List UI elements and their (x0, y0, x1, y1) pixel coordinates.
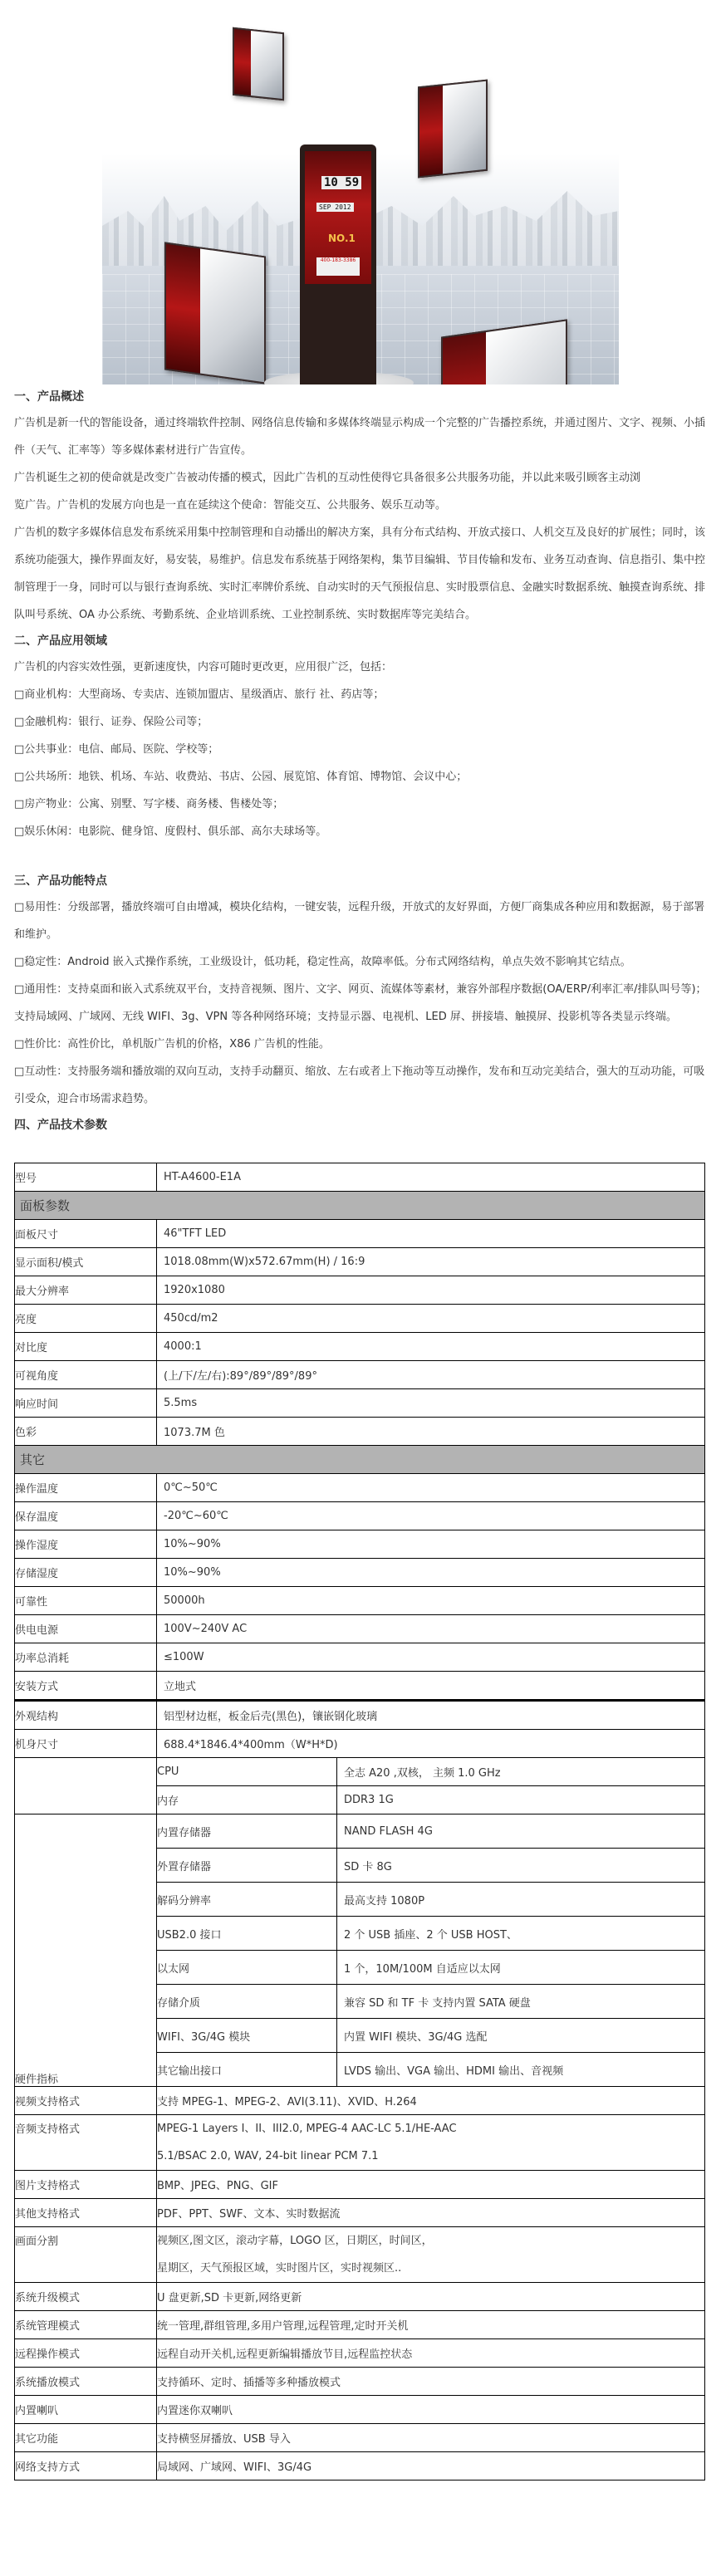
spec-value: 统一管理,群组管理,多用户管理,远程管理,定时开关机 (157, 2311, 705, 2339)
spec-value: 最高支持 1080P (337, 1883, 705, 1917)
group-header-panel: 面板参数 (15, 1192, 705, 1220)
spec-key: 最大分辨率 (15, 1276, 157, 1305)
spec-value: 1018.08mm(W)x572.67mm(H) / 16:9 (157, 1248, 705, 1276)
group-header-other: 其它 (15, 1446, 705, 1474)
hardware-group-cell (15, 1758, 157, 1814)
overview-paragraph: 览广告。广告机的发展方向也是一直在延续这个使命：智能交互、公共服务、娱乐互动等。 (14, 492, 713, 519)
spec-key: 存储湿度 (15, 1559, 157, 1587)
spec-key: 亮度 (15, 1305, 157, 1333)
spec-value: 局域网、广域网、WIFI、3G/4G (157, 2452, 705, 2481)
spec-value: 0℃~50℃ (157, 1474, 705, 1502)
spec-key: 系统升级模式 (15, 2283, 157, 2311)
spec-value: 100V~240V AC (157, 1615, 705, 1643)
spec-key: 显示面积/模式 (15, 1248, 157, 1276)
overview-paragraph: 广告机的数字多媒体信息发布系统采用集中控制管理和自动播出的解决方案，具有分布式结… (14, 519, 713, 629)
spec-value-line: 5.1/BSAC 2.0, WAV, 24-bit linear PCM 7.1 (157, 2143, 704, 2170)
spec-value: 内置迷你双喇叭 (157, 2396, 705, 2424)
spec-key: 其他支持格式 (15, 2199, 157, 2227)
spec-subkey: CPU (157, 1758, 337, 1786)
spec-subkey: 存储介质 (157, 1985, 337, 2019)
section-title-specs: 四、产品技术参数 (14, 1113, 713, 1138)
spec-value: PDF、PPT、SWF、文本、实时数据流 (157, 2199, 705, 2227)
kiosk-stand: 10 59 SEP 2012 NO.1 400-183-3386 (300, 144, 376, 384)
table-row: 其他支持格式PDF、PPT、SWF、文本、实时数据流 (15, 2199, 705, 2227)
spec-subkey: 以太网 (157, 1951, 337, 1985)
spec-key: 可视角度 (15, 1361, 157, 1389)
spec-value: 50000h (157, 1587, 705, 1615)
feature-item: □稳定性：Android 嵌入式操作系统，工业级设计，低功耗，稳定性高，故障率低… (14, 948, 713, 976)
table-row: 操作湿度10%~90% (15, 1530, 705, 1559)
table-row: 硬件指标 内置存储器 NAND FLASH 4G (15, 1814, 705, 1849)
table-row: 系统升级模式U 盘更新,SD 卡更新,网络更新 (15, 2283, 705, 2311)
spec-value: 688.4*1846.4*400mm（W*H*D) (157, 1730, 705, 1758)
spec-value: 远程自动开关机,远程更新编辑播放节目,远程监控状态 (157, 2339, 705, 2368)
spec-value: 立地式 (157, 1672, 705, 1701)
spec-value: HT-A4600-E1A (157, 1163, 705, 1192)
spec-table: 型号 HT-A4600-E1A 面板参数 面板尺寸46"TFT LED 显示面积… (14, 1163, 705, 2481)
spec-value: NAND FLASH 4G (337, 1814, 705, 1849)
product-hero-image: 10 59 SEP 2012 NO.1 400-183-3386 (102, 0, 619, 384)
spec-key: 安装方式 (15, 1672, 157, 1701)
table-row: 机身尺寸688.4*1846.4*400mm（W*H*D) (15, 1730, 705, 1758)
section-title-features: 三、产品功能特点 (14, 869, 713, 894)
application-item: □商业机构：大型商场、专卖店、连锁加盟店、星级酒店、旅行 社、药店等； (14, 681, 713, 708)
table-row: 外观结构铝型材边框，板金后壳(黑色)，镶嵌钢化玻璃 (15, 1701, 705, 1730)
table-row: 其它功能支持横竖屏播放、USB 导入 (15, 2424, 705, 2452)
spec-key: 内置喇叭 (15, 2396, 157, 2424)
spec-value: 5.5ms (157, 1389, 705, 1418)
feature-item: □易用性：分级部署，播放终端可自由增减，模块化结构，一键安装，远程升级，开放式的… (14, 894, 713, 948)
spec-value-multiline: 视频区,图文区，滚动字幕，LOGO 区，日期区，时间区， 星期区，天气预报区域，… (157, 2227, 705, 2283)
spec-value: 450cd/m2 (157, 1305, 705, 1333)
spec-key: 系统管理模式 (15, 2311, 157, 2339)
spec-key: 视频支持格式 (15, 2087, 157, 2115)
spec-value: U 盘更新,SD 卡更新,网络更新 (157, 2283, 705, 2311)
kiosk-clock: 10 59 (321, 176, 361, 189)
spec-key: 远程操作模式 (15, 2339, 157, 2368)
spec-subkey: 其它输出接口 (157, 2053, 337, 2087)
spec-key: 图片支持格式 (15, 2171, 157, 2199)
spec-key: 可靠性 (15, 1587, 157, 1615)
spec-value: 1920x1080 (157, 1276, 705, 1305)
spec-value-multiline: MPEG-1 Layers I、II、III2.0, MPEG-4 AAC-LC… (157, 2115, 705, 2171)
spec-key: 面板尺寸 (15, 1220, 157, 1248)
table-row: CPU 全志 A20 ,双核， 主频 1.0 GHz (15, 1758, 705, 1786)
overview-paragraph: 广告机是新一代的智能设备，通过终端软件控制、网络信息传输和多媒体终端显示构成一个… (14, 409, 713, 464)
spec-value: 支持 MPEG-1、MPEG-2、AVI(3.11)、XVID、H.264 (157, 2087, 705, 2115)
spec-key: 系统播放模式 (15, 2368, 157, 2396)
floating-screen-2 (418, 80, 488, 179)
feature-item: □互动性：支持服务端和播放端的双向互动，支持手动翻页、缩放、左右或者上下拖动等互… (14, 1058, 713, 1113)
table-row: 保存温度-20℃~60℃ (15, 1502, 705, 1530)
feature-item: □通用性：支持桌面和嵌入式系统双平台，支持音视频、图片、文字、网页、流媒体等素材… (14, 976, 713, 1031)
section-title-applications: 二、产品应用领域 (14, 629, 713, 654)
spec-value: 支持横竖屏播放、USB 导入 (157, 2424, 705, 2452)
spec-value: -20℃~60℃ (157, 1502, 705, 1530)
feature-item: □性价比：高性价比，单机版广告机的价格，X86 广告机的性能。 (14, 1031, 713, 1058)
spec-value: 支持循环、定时、插播等多种播放模式 (157, 2368, 705, 2396)
application-item: □金融机构：银行、证券、保险公司等； (14, 708, 713, 736)
spec-value: DDR3 1G (337, 1786, 705, 1814)
spec-value-line: 视频区,图文区，滚动字幕，LOGO 区，日期区，时间区， (157, 2227, 704, 2255)
table-row: 音频支持格式 MPEG-1 Layers I、II、III2.0, MPEG-4… (15, 2115, 705, 2171)
table-row: 安装方式立地式 (15, 1672, 705, 1701)
spec-key: 其它功能 (15, 2424, 157, 2452)
application-item: □公共事业：电信、邮局、医院、学校等； (14, 736, 713, 763)
spec-key: 对比度 (15, 1333, 157, 1361)
spec-value: 全志 A20 ,双核， 主频 1.0 GHz (337, 1758, 705, 1786)
spec-value-line: MPEG-1 Layers I、II、III2.0, MPEG-4 AAC-LC… (157, 2115, 704, 2143)
spec-subkey: 外置存储器 (157, 1849, 337, 1883)
spec-value: LVDS 输出、VGA 输出、HDMI 输出、音视频 (337, 2053, 705, 2087)
spec-key: 操作湿度 (15, 1530, 157, 1559)
table-row: 网络支持方式局域网、广域网、WIFI、3G/4G (15, 2452, 705, 2481)
kiosk-badge: NO.1 (328, 233, 356, 244)
table-row: 可视角度(上/下/左/右):89°/89°/89°/89° (15, 1361, 705, 1389)
spec-key: 功率总消耗 (15, 1643, 157, 1672)
table-row: 图片支持格式BMP、JPEG、PNG、GIF (15, 2171, 705, 2199)
floating-screen-1 (233, 27, 284, 101)
spec-value: 1 个，10M/100M 自适应以太网 (337, 1951, 705, 1985)
table-row: 亮度450cd/m2 (15, 1305, 705, 1333)
spec-value: BMP、JPEG、PNG、GIF (157, 2171, 705, 2199)
spec-value: 1073.7M 色 (157, 1418, 705, 1446)
table-row: 视频支持格式支持 MPEG-1、MPEG-2、AVI(3.11)、XVID、H.… (15, 2087, 705, 2115)
table-row: 显示面积/模式1018.08mm(W)x572.67mm(H) / 16:9 (15, 1248, 705, 1276)
table-row: 最大分辨率1920x1080 (15, 1276, 705, 1305)
spec-value: 4000:1 (157, 1333, 705, 1361)
table-row: 响应时间5.5ms (15, 1389, 705, 1418)
application-item: □娱乐休闲：电影院、健身馆、度假村、俱乐部、高尔夫球场等。 (14, 818, 713, 845)
spec-key: 型号 (15, 1163, 157, 1192)
spec-key: 响应时间 (15, 1389, 157, 1418)
article-body: 一、产品概述 广告机是新一代的智能设备，通过终端软件控制、网络信息传输和多媒体终… (0, 384, 721, 1163)
floating-screen-3 (164, 242, 266, 384)
spec-key: 画面分割 (15, 2227, 157, 2283)
spec-key: 保存温度 (15, 1502, 157, 1530)
table-row: 远程操作模式远程自动开关机,远程更新编辑播放节目,远程监控状态 (15, 2339, 705, 2368)
group-header-row: 其它 (15, 1446, 705, 1474)
spec-value: 铝型材边框，板金后壳(黑色)，镶嵌钢化玻璃 (157, 1701, 705, 1730)
spec-value: ≤100W (157, 1643, 705, 1672)
group-header-row: 面板参数 (15, 1192, 705, 1220)
overview-paragraph: 广告机诞生之初的使命就是改变广告被动传播的模式，因此广告机的互动性使得它具备很多… (14, 464, 713, 492)
table-row: 系统管理模式统一管理,群组管理,多用户管理,远程管理,定时开关机 (15, 2311, 705, 2339)
spec-value: 10%~90% (157, 1559, 705, 1587)
spec-subkey: USB2.0 接口 (157, 1917, 337, 1951)
spec-value: SD 卡 8G (337, 1849, 705, 1883)
spec-key: 网络支持方式 (15, 2452, 157, 2481)
kiosk-date: SEP 2012 (316, 203, 354, 212)
table-row: 可靠性50000h (15, 1587, 705, 1615)
spec-value: 2 个 USB 插座、2 个 USB HOST、 (337, 1917, 705, 1951)
spec-key: 机身尺寸 (15, 1730, 157, 1758)
applications-intro: 广告机的内容实效性强，更新速度快，内容可随时更改更，应用很广泛，包括： (14, 654, 713, 681)
spec-key: 音频支持格式 (15, 2115, 157, 2171)
application-item: □公共场所：地铁、机场、车站、收费站、书店、公园、展览馆、体育馆、博物馆、会议中… (14, 763, 713, 791)
section-title-overview: 一、产品概述 (14, 384, 713, 409)
table-row: 对比度4000:1 (15, 1333, 705, 1361)
table-row: 内置喇叭内置迷你双喇叭 (15, 2396, 705, 2424)
spec-subkey: 内置存储器 (157, 1814, 337, 1849)
spec-key: 操作温度 (15, 1474, 157, 1502)
table-row: 型号 HT-A4600-E1A (15, 1163, 705, 1192)
spec-value: (上/下/左/右):89°/89°/89°/89° (157, 1361, 705, 1389)
table-row: 面板尺寸46"TFT LED (15, 1220, 705, 1248)
spec-value: 内置 WIFI 模块、3G/4G 选配 (337, 2019, 705, 2053)
table-row: 色彩1073.7M 色 (15, 1418, 705, 1446)
application-item: □房产物业：公寓、别墅、写字楼、商务楼、售楼处等； (14, 791, 713, 818)
spec-key: 外观结构 (15, 1701, 157, 1730)
spec-value: 46"TFT LED (157, 1220, 705, 1248)
table-row: 画面分割 视频区,图文区，滚动字幕，LOGO 区，日期区，时间区， 星期区，天气… (15, 2227, 705, 2283)
table-row: 存储湿度10%~90% (15, 1559, 705, 1587)
table-row: 供电电源100V~240V AC (15, 1615, 705, 1643)
kiosk-phone: 400-183-3386 (316, 257, 360, 276)
spec-subkey: 解码分辨率 (157, 1883, 337, 1917)
spec-subkey: 内存 (157, 1786, 337, 1814)
spec-value: 兼容 SD 和 TF 卡 支持内置 SATA 硬盘 (337, 1985, 705, 2019)
table-row: 功率总消耗≤100W (15, 1643, 705, 1672)
spec-value: 10%~90% (157, 1530, 705, 1559)
hardware-label: 硬件指标 (15, 1814, 157, 2087)
spec-key: 色彩 (15, 1418, 157, 1446)
spec-key: 供电电源 (15, 1615, 157, 1643)
spec-value-line: 星期区，天气预报区域，实时图片区，实时视频区.. (157, 2255, 704, 2282)
table-row: 系统播放模式支持循环、定时、插播等多种播放模式 (15, 2368, 705, 2396)
spec-subkey: WIFI、3G/4G 模块 (157, 2019, 337, 2053)
table-row: 操作温度0℃~50℃ (15, 1474, 705, 1502)
kiosk-display: 10 59 SEP 2012 NO.1 400-183-3386 (305, 151, 371, 284)
